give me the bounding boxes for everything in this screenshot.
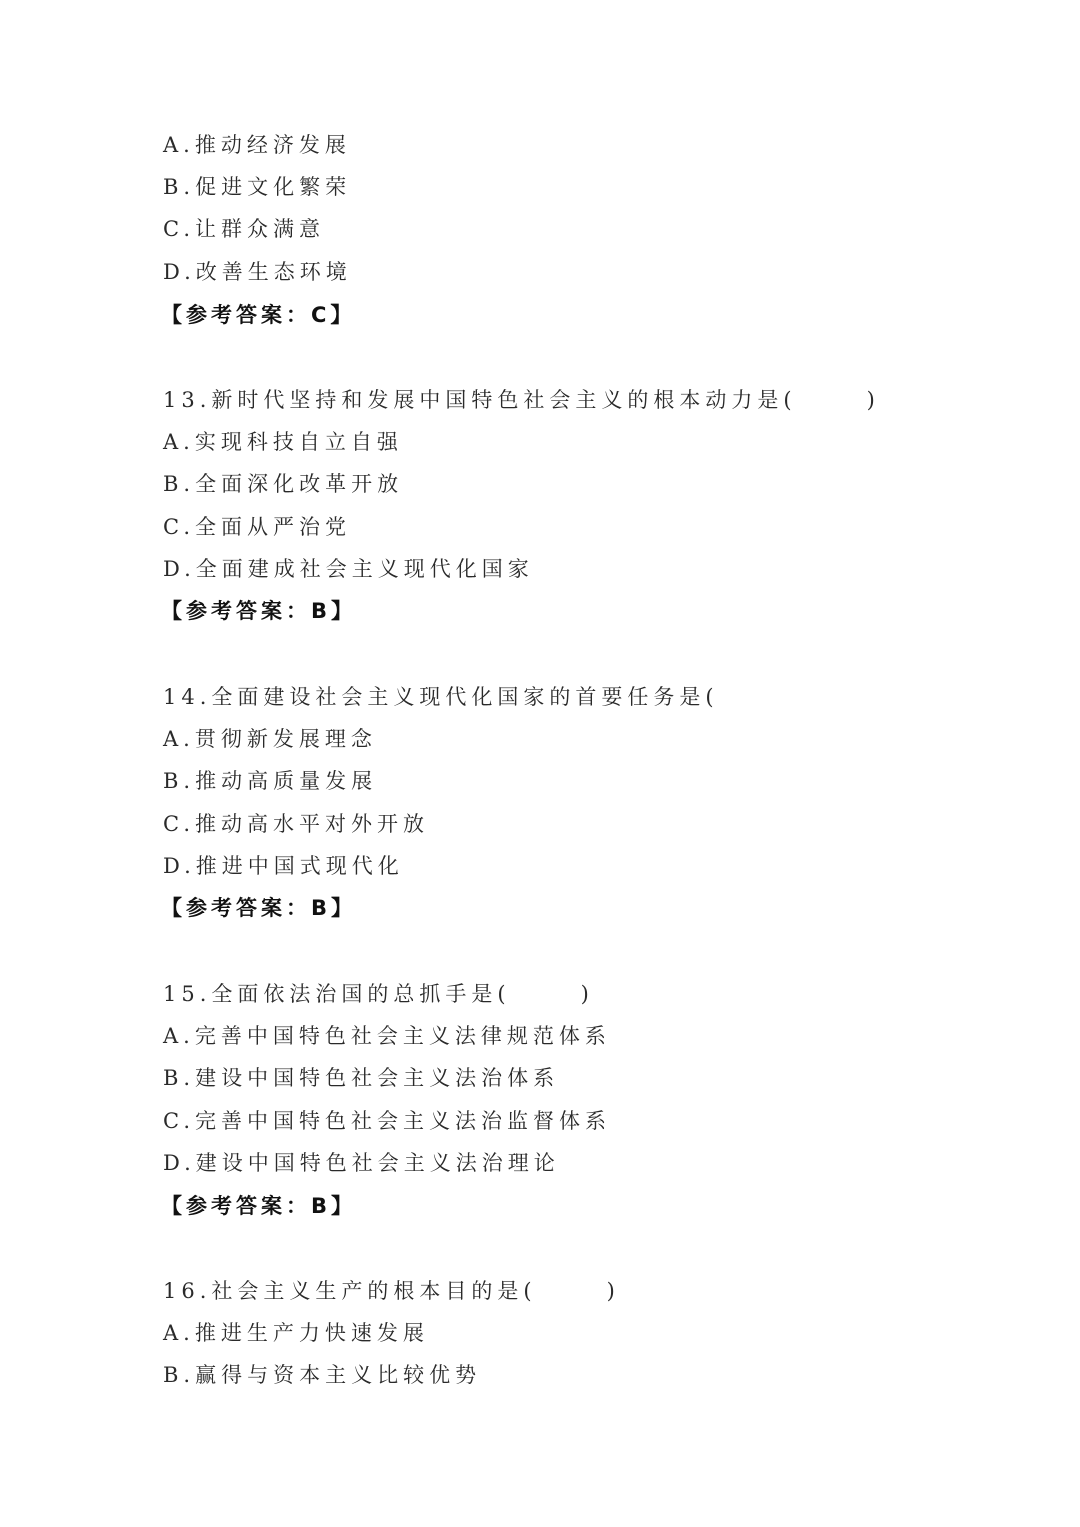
reference-answer: 【参考答案：B】 — [161, 1192, 356, 1220]
reference-answer: 【参考答案：B】 — [161, 894, 356, 922]
option-c: C.完善中国特色社会主义法治监督体系 — [163, 1107, 611, 1135]
question-13: 13.新时代坚持和发展中国特色社会主义的根本动力是( ) — [163, 386, 880, 414]
option-b: B.赢得与资本主义比较优势 — [163, 1361, 481, 1389]
option-a: A.推进生产力快速发展 — [163, 1319, 429, 1347]
question-14: 14.全面建设社会主义现代化国家的首要任务是( — [163, 683, 719, 711]
option-a: A.实现科技自立自强 — [163, 428, 403, 456]
option-d: D.建设中国特色社会主义法治理论 — [163, 1149, 560, 1177]
question-16: 16.社会主义生产的根本目的是( ) — [163, 1277, 620, 1305]
option-a: A.完善中国特色社会主义法律规范体系 — [163, 1022, 611, 1050]
option-b: B.推动高质量发展 — [163, 767, 377, 795]
reference-answer: 【参考答案：C】 — [161, 301, 355, 329]
option-c: C.让群众满意 — [163, 215, 325, 243]
option-c: C.全面从严治党 — [163, 513, 351, 541]
reference-answer: 【参考答案：B】 — [161, 597, 356, 625]
option-a: A.贯彻新发展理念 — [163, 725, 377, 753]
option-d: D.推进中国式现代化 — [163, 852, 404, 880]
option-b: B.建设中国特色社会主义法治体系 — [163, 1064, 559, 1092]
question-15: 15.全面依法治国的总抓手是( ) — [163, 980, 594, 1008]
option-d: D.全面建成社会主义现代化国家 — [163, 555, 534, 583]
option-b: B.全面深化改革开放 — [163, 470, 403, 498]
option-d: D.改善生态环境 — [163, 258, 352, 286]
option-a: A.推动经济发展 — [163, 131, 351, 159]
option-c: C.推动高水平对外开放 — [163, 810, 429, 838]
option-b: B.促进文化繁荣 — [163, 173, 351, 201]
